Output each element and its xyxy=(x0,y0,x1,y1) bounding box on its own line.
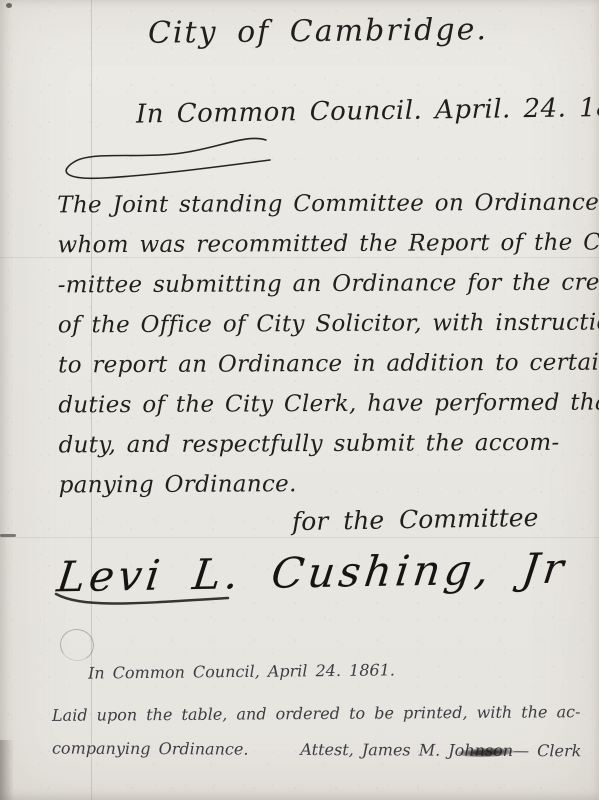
body-line: duty, and respectfully submit the accom- xyxy=(58,423,598,466)
flourish-swash xyxy=(48,132,278,186)
document-title: City of Cambridge. xyxy=(148,12,488,51)
paper-crease xyxy=(0,537,599,538)
report-paragraph: The Joint standing Committee on Ordinanc… xyxy=(57,183,599,506)
edge-ink-mark xyxy=(0,534,16,537)
body-line: whom was recommitted the Report of the C… xyxy=(57,223,597,266)
body-line: of the Office of City Solicitor, with in… xyxy=(58,303,598,346)
body-line: duties of the City Clerk, have performed… xyxy=(58,383,598,426)
corner-shadow xyxy=(0,740,14,800)
attestation: Attest, James M. Johnson— Clerk xyxy=(300,740,581,760)
signature-flourish xyxy=(52,588,232,612)
dateline: In Common Council. April. 24. 1861 xyxy=(136,92,599,129)
body-line: -mittee submitting an Ordinance for the … xyxy=(58,263,598,306)
minutes-line: Laid upon the table, and ordered to be p… xyxy=(52,702,581,725)
corner-speck xyxy=(6,3,12,8)
minutes-dateline: In Common Council, April 24. 1861. xyxy=(88,660,395,682)
body-line: to report an Ordinance in addition to ce… xyxy=(58,343,598,386)
closing-line: for the Committee xyxy=(292,503,539,536)
body-line: The Joint standing Committee on Ordinanc… xyxy=(57,183,597,226)
manuscript-page: City of Cambridge. In Common Council. Ap… xyxy=(0,0,599,800)
body-line: panying Ordinance. xyxy=(59,463,599,506)
minutes-line-continuation: companying Ordinance. xyxy=(52,739,249,759)
